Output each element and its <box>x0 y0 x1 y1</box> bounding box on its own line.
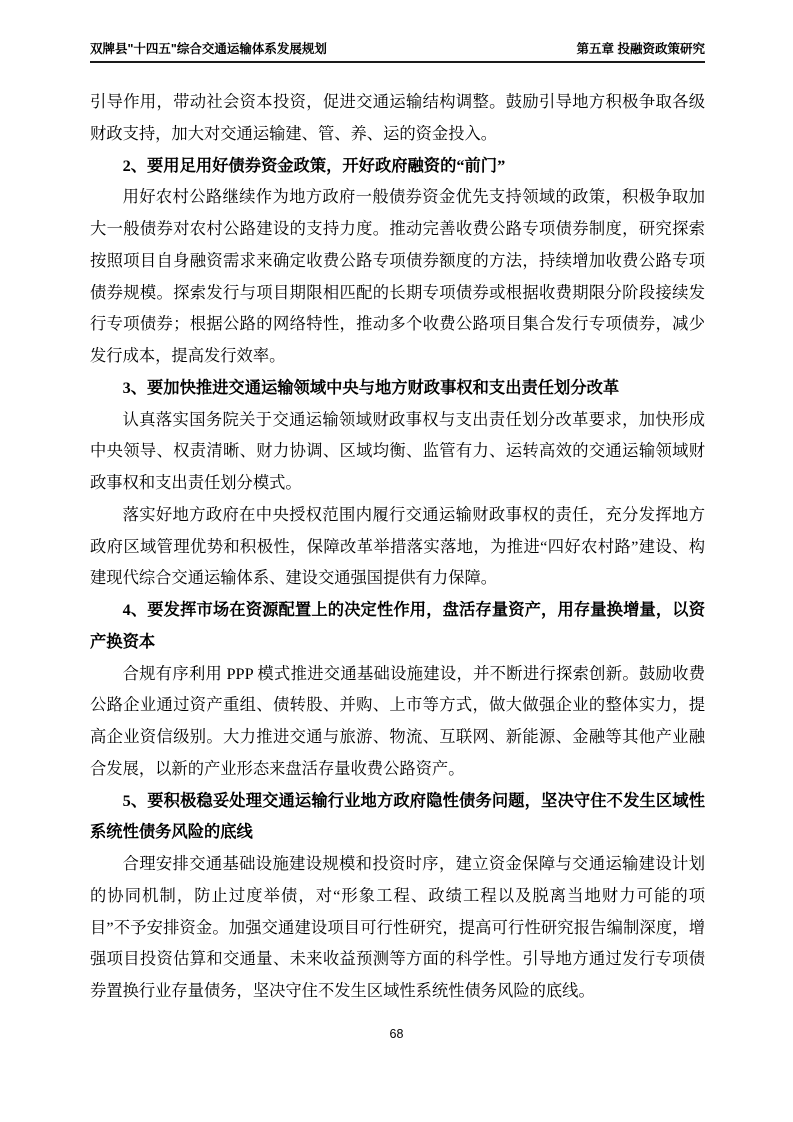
section-heading: 4、要发挥市场在资源配置上的决定性作用，盘活存量资产，用存量换增量，以资产换资本 <box>90 594 705 658</box>
document-body: 引导作用，带动社会资本投资，促进交通运输结构调整。鼓励引导地方积极争取各级财政支… <box>90 86 705 1007</box>
section-heading: 5、要积极稳妥处理交通运输行业地方政府隐性债务问题，坚决守住不发生区域性系统性债… <box>90 785 705 849</box>
page-number: 68 <box>390 1027 404 1041</box>
page-footer: 68 <box>0 1026 793 1042</box>
page-header: 双牌县"十四五"综合交通运输体系发展规划 第五章 投融资政策研究 <box>90 42 705 57</box>
section-heading: 3、要加快推进交通运输领域中央与地方财政事权和支出责任划分改革 <box>90 372 705 404</box>
body-paragraph: 引导作用，带动社会资本投资，促进交通运输结构调整。鼓励引导地方积极争取各级财政支… <box>90 86 705 150</box>
body-paragraph: 合规有序利用 PPP 模式推进交通基础设施建设，并不断进行探索创新。鼓励收费公路… <box>90 658 705 785</box>
section-heading: 2、要用足用好债券资金政策，开好政府融资的“前门” <box>90 150 705 182</box>
body-paragraph: 合理安排交通基础设施建设规模和投资时序，建立资金保障与交通运输建设计划的协同机制… <box>90 848 705 1007</box>
body-paragraph: 用好农村公路继续作为地方政府一般债券资金优先支持领域的政策，积极争取加大一般债券… <box>90 181 705 372</box>
body-paragraph: 认真落实国务院关于交通运输领域财政事权与支出责任划分改革要求，加快形成中央领导、… <box>90 404 705 499</box>
body-paragraph: 落实好地方政府在中央授权范围内履行交通运输财政事权的责任，充分发挥地方政府区域管… <box>90 499 705 594</box>
document-page: 双牌县"十四五"综合交通运输体系发展规划 第五章 投融资政策研究 引导作用，带动… <box>0 0 793 1122</box>
header-left-title: 双牌县"十四五"综合交通运输体系发展规划 <box>90 42 327 57</box>
header-right-title: 第五章 投融资政策研究 <box>577 42 705 57</box>
header-rule <box>90 61 705 63</box>
